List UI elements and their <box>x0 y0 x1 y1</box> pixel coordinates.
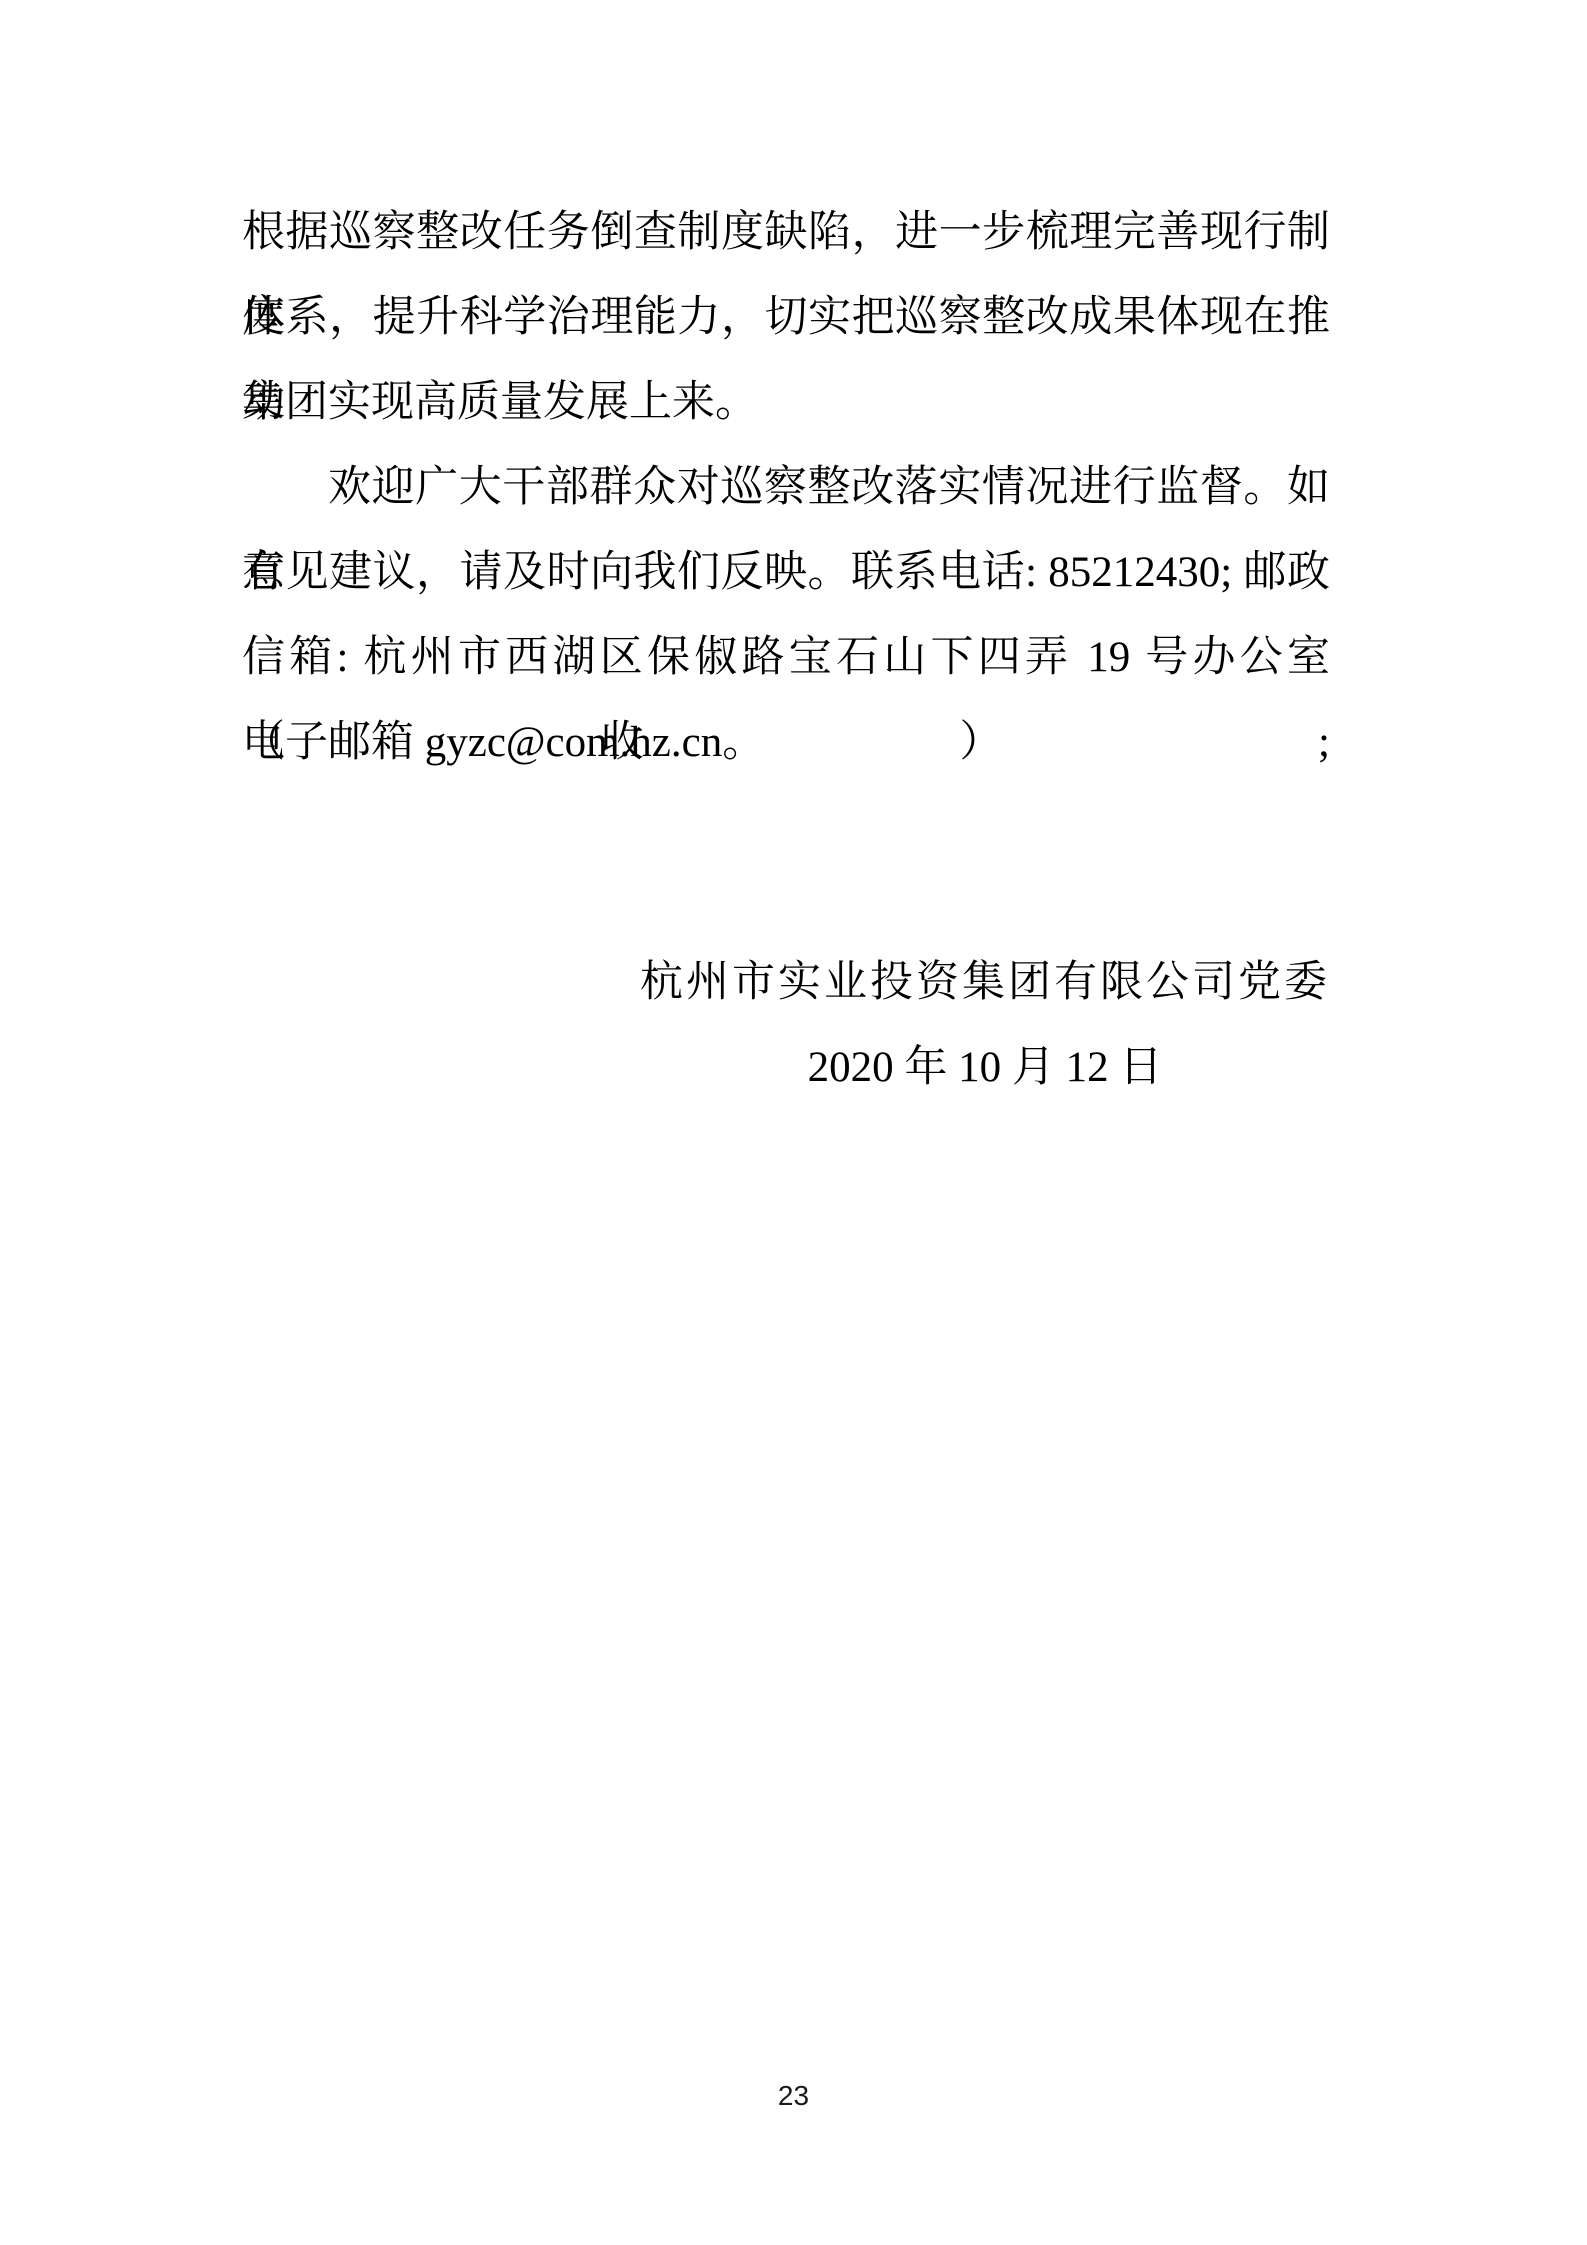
signature-inner: 杭州市实业投资集团有限公司党委 2020 年 10 月 12 日 <box>640 940 1330 1110</box>
signature-organization: 杭州市实业投资集团有限公司党委 <box>640 940 1330 1025</box>
signature-date: 2020 年 10 月 12 日 <box>640 1025 1330 1110</box>
signature-block: 杭州市实业投资集团有限公司党委 2020 年 10 月 12 日 <box>242 940 1330 1110</box>
paragraph-line: 根据巡察整改任务倒查制度缺陷，进一步梳理完善现行制度 <box>242 190 1330 275</box>
document-body: 根据巡察整改任务倒查制度缺陷，进一步梳理完善现行制度 体系，提升科学治理能力，切… <box>242 190 1330 1110</box>
paragraph-line: 欢迎广大干部群众对巡察整改落实情况进行监督。如有 <box>242 445 1330 530</box>
paragraph-line: 集团实现高质量发展上来。 <box>242 360 1330 445</box>
paragraph-line: 意见建议，请及时向我们反映。联系电话: 85212430; 邮政 <box>242 530 1330 615</box>
paragraph-line: 信箱: 杭州市西湖区保俶路宝石山下四弄 19 号办公室（收）; <box>242 615 1330 700</box>
paragraph-line: 体系，提升科学治理能力，切实把巡察整改成果体现在推动 <box>242 275 1330 360</box>
paragraph-continuation: 根据巡察整改任务倒查制度缺陷，进一步梳理完善现行制度 体系，提升科学治理能力，切… <box>242 190 1330 445</box>
page-number: 23 <box>0 2080 1587 2112</box>
paragraph-contact-info: 欢迎广大干部群众对巡察整改落实情况进行监督。如有 意见建议，请及时向我们反映。联… <box>242 445 1330 785</box>
document-page: 根据巡察整改任务倒查制度缺陷，进一步梳理完善现行制度 体系，提升科学治理能力，切… <box>0 0 1587 2245</box>
